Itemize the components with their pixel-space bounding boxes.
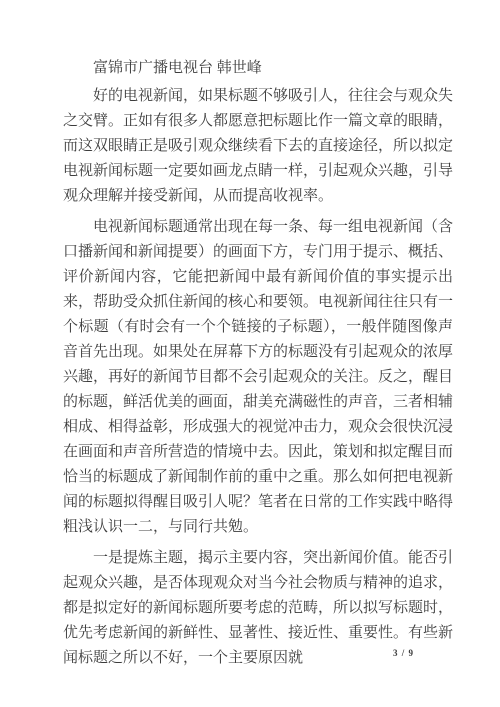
byline: 富锦市广播电视台 韩世峰: [63, 56, 453, 81]
document-page: 富锦市广播电视台 韩世峰 好的电视新闻，如果标题不够吸引人，往往会与观众失之交臂…: [0, 0, 500, 707]
document-body: 富锦市广播电视台 韩世峰 好的电视新闻，如果标题不够吸引人，往往会与观众失之交臂…: [63, 56, 453, 677]
paragraph: 电视新闻标题通常出现在每一条、每一组电视新闻（含口播新闻和新闻提要）的画面下方，…: [63, 215, 453, 540]
paragraph-list: 好的电视新闻，如果标题不够吸引人，往往会与观众失之交臂。正如有很多人都愿意把标题…: [63, 84, 453, 671]
paragraph: 好的电视新闻，如果标题不够吸引人，往往会与观众失之交臂。正如有很多人都愿意把标题…: [63, 84, 453, 209]
page-number: 3 / 9: [393, 648, 414, 658]
